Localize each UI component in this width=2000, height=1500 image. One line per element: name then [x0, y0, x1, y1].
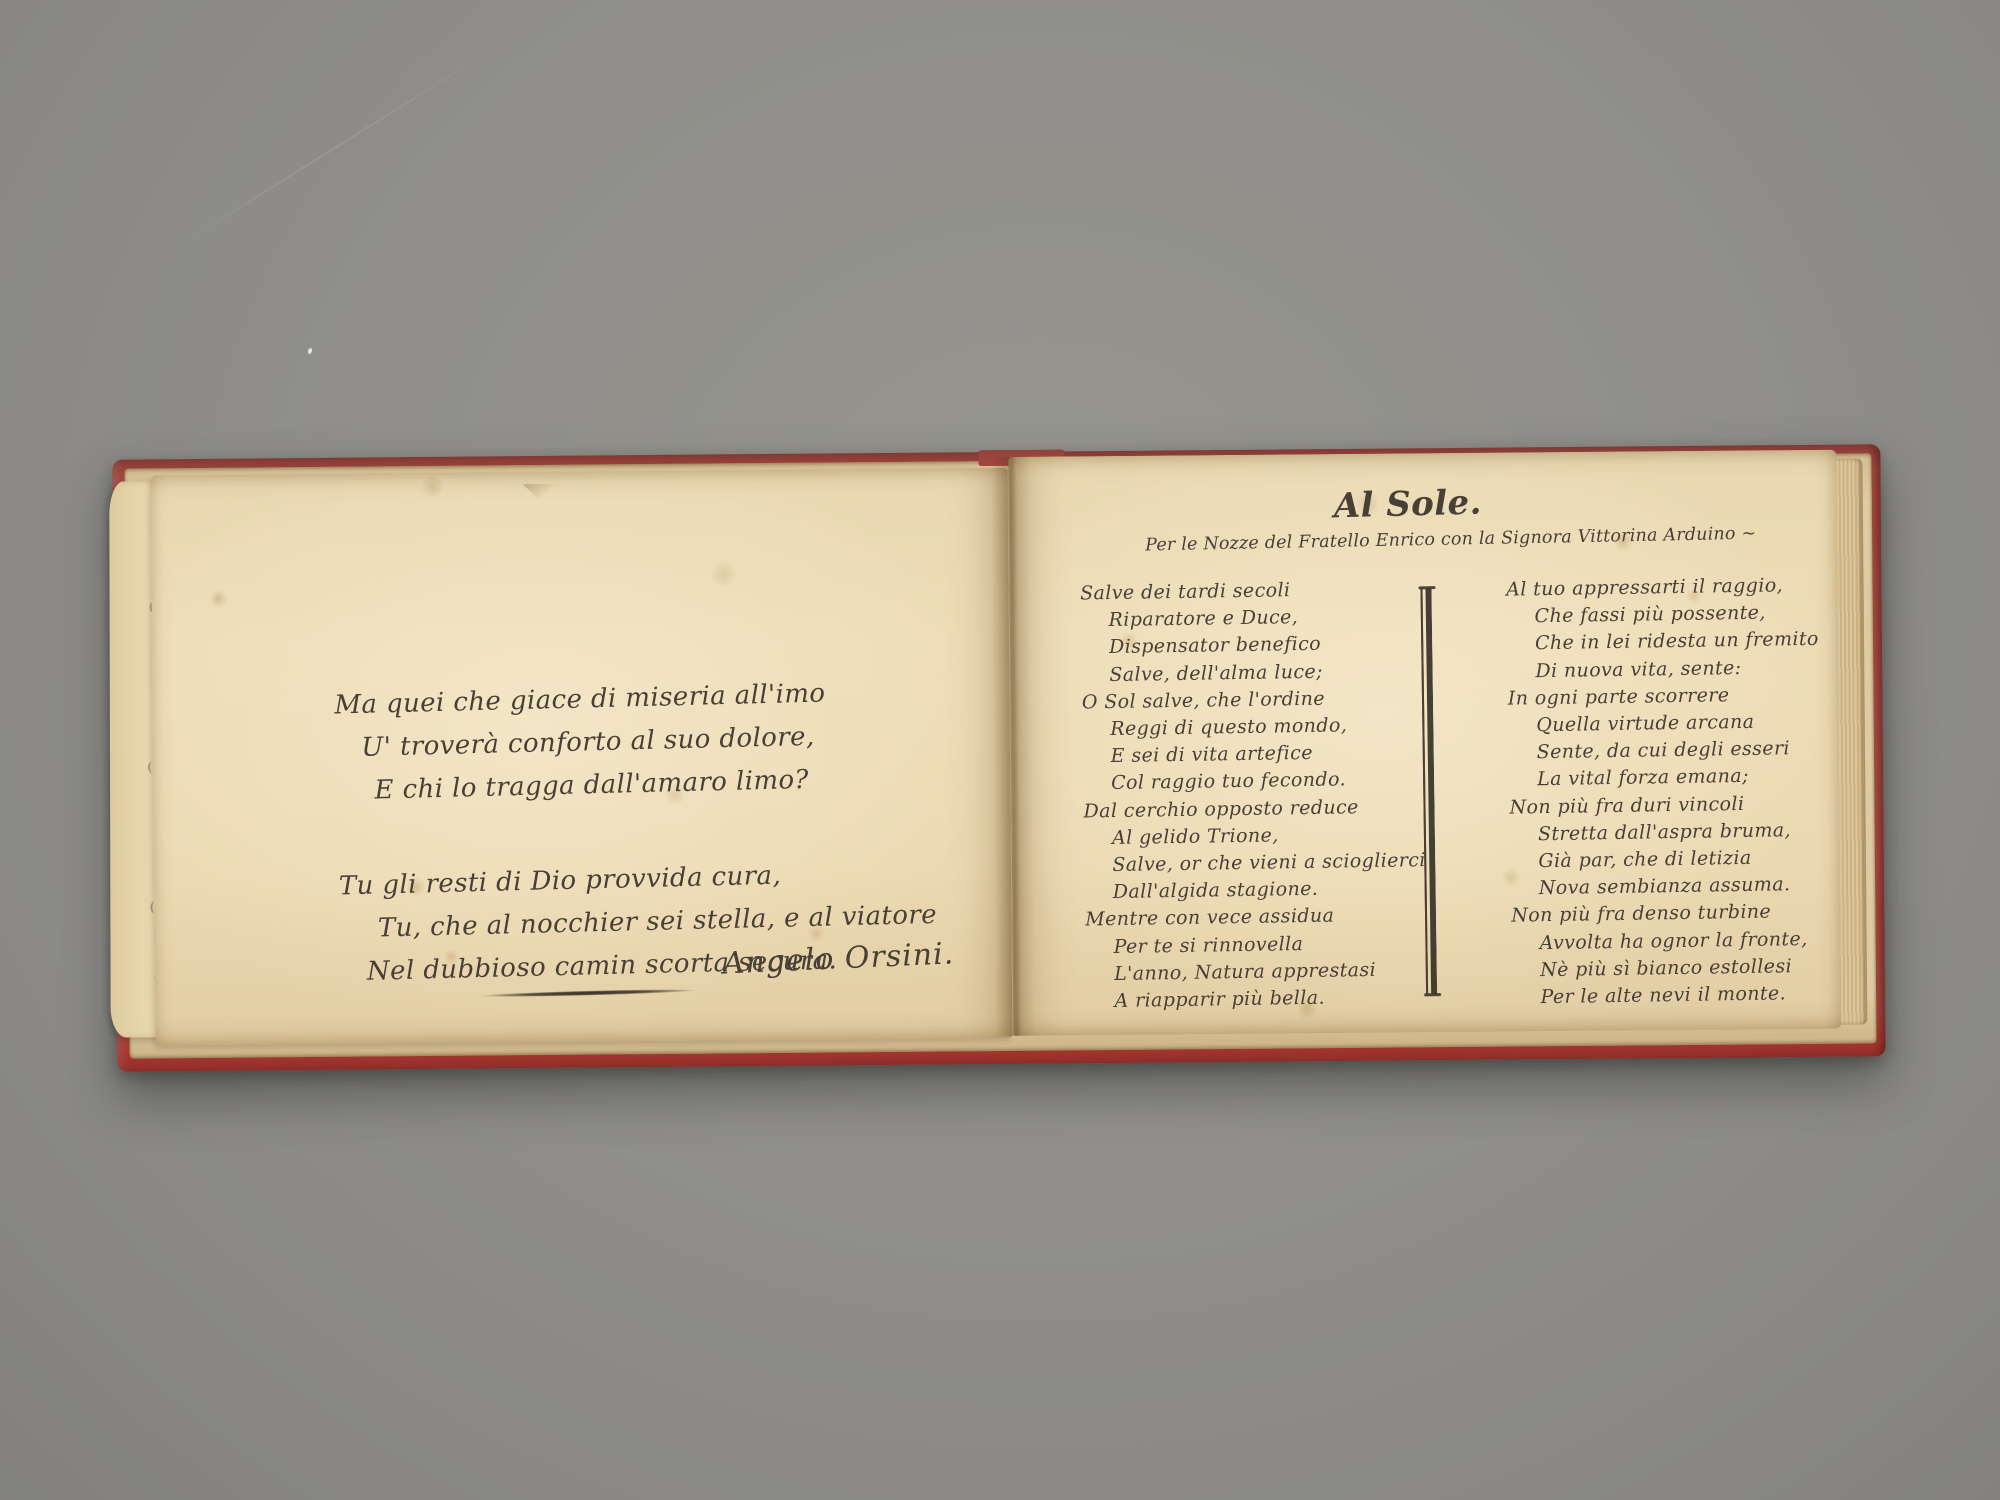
poem-line: Avvolta ha ognor la fronte, [1539, 925, 1823, 957]
poem-line: Per le alte nevi il monte. [1540, 980, 1824, 1012]
poem-line: Nova sembianza assuma. [1539, 871, 1823, 903]
poem-line: Sente, da cui degli esseri [1536, 735, 1820, 767]
poem-line: A riapparir più bella. [1114, 983, 1428, 1015]
poem-line: Al tuo appressarti il raggio, [1506, 572, 1818, 604]
poem-line: Salve, or che vieni a scioglierci [1112, 847, 1426, 879]
page-fold-mark [523, 484, 557, 500]
poem-line: Che in lei ridesta un fremito [1535, 626, 1819, 658]
poem-column-left: Salve dei tardi secoli Riparatore e Duce… [1080, 575, 1428, 1016]
poem-title: Al Sole. [1287, 481, 1528, 527]
poem-line: Stretta dall'aspra bruma, [1538, 817, 1822, 849]
open-manuscript-book: Ma quei che giace di miseria all'imo U' … [112, 444, 1885, 1071]
poem-column-right: Al tuo appressarti il raggio, Che fassi … [1506, 572, 1825, 1012]
right-page-block-edge [1836, 458, 1867, 1024]
book-gutter-shadow [990, 457, 1035, 1036]
